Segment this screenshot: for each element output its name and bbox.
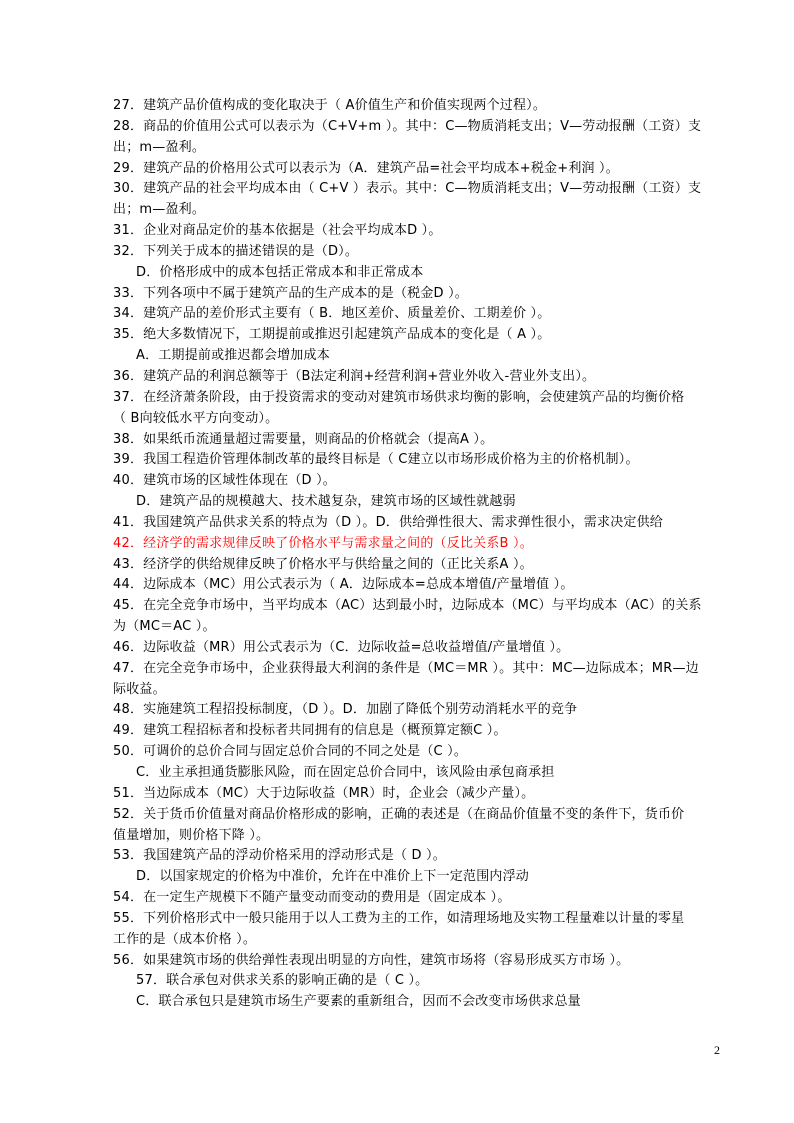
answer-line: C．联合承包只是建筑市场生产要素的重新组合，因而不会改变市场供求总量 xyxy=(113,992,723,1013)
question-line: 44．边际成本（MC）用公式表示为（ A．边际成本=总成本增值/产量增值 ）。 xyxy=(113,575,723,596)
answer-line: D．建筑产品的规模越大、技术越复杂，建筑市场的区域性就越弱 xyxy=(113,492,723,513)
question-line: 48．实施建筑工程招投标制度，（D ）。D．加剧了降低个别劳动消耗水平的竞争 xyxy=(113,700,723,721)
question-line: 39．我国工程造价管理体制改革的最终目标是（ C建立以市场形成价格为主的价格机制… xyxy=(113,450,723,471)
question-line: 55．下列价格形式中一般只能用于以人工费为主的工作，如清理场地及实物工程量难以计… xyxy=(113,909,723,930)
question-line: 49．建筑工程招标者和投标者共同拥有的信息是（概预算定额C ）。 xyxy=(113,721,723,742)
question-line: 56．如果建筑市场的供给弹性表现出明显的方向性，建筑市场将（容易形成买方市场 ）… xyxy=(113,951,723,972)
question-line: 45．在完全竞争市场中，当平均成本（AC）达到最小时，边际成本（MC）与平均成本… xyxy=(113,596,723,617)
question-line: 值量增加，则价格下降 ）。 xyxy=(113,826,723,847)
question-line: 42．经济学的需求规律反映了价格水平与需求量之间的（反比关系B ）。 xyxy=(113,534,723,555)
answer-line: A．工期提前或推迟都会增加成本 xyxy=(113,346,723,367)
question-line: 52．关于货币价值量对商品价格形成的影响，正确的表述是（在商品价值量不变的条件下… xyxy=(113,805,723,826)
question-line: 为（MC＝AC ）。 xyxy=(113,617,723,638)
question-line: 47．在完全竞争市场中，企业获得最大利润的条件是（MC＝MR ）。其中：MC—边… xyxy=(113,659,723,680)
question-line: 27．建筑产品价值构成的变化取决于（ A价值生产和价值实现两个过程）。 xyxy=(113,96,723,117)
question-line: 出；m—盈利。 xyxy=(113,200,723,221)
question-line: 46．边际收益（MR）用公式表示为（C．边际收益=总收益增值/产量增值 ）。 xyxy=(113,638,723,659)
answer-line: D．价格形成中的成本包括正常成本和非正常成本 xyxy=(113,263,723,284)
question-line: 32．下列关于成本的描述错误的是（D）。 xyxy=(113,242,723,263)
question-line: 50．可调价的总价合同与固定总价合同的不同之处是（C ）。 xyxy=(113,742,723,763)
question-line: 37．在经济萧条阶段，由于投资需求的变动对建筑市场供求均衡的影响，会使建筑产品的… xyxy=(113,388,723,409)
question-line: 际收益。 xyxy=(113,680,723,701)
question-line: 38．如果纸币流通量超过需要量，则商品的价格就会（提高A ）。 xyxy=(113,430,723,451)
question-line: 51．当边际成本（MC）大于边际收益（MR）时，企业会（减少产量）。 xyxy=(113,784,723,805)
question-line: 41．我国建筑产品供求关系的特点为（D ）。D．供给弹性很大、需求弹性很小，需求… xyxy=(113,513,723,534)
question-line: 29．建筑产品的价格用公式可以表示为（A．建筑产品=社会平均成本+税金+利润 ）… xyxy=(113,159,723,180)
question-line: 工作的是（成本价格 ）。 xyxy=(113,930,723,951)
answer-line: C．业主承担通货膨胀风险，而在固定总价合同中，该风险由承包商承担 xyxy=(113,763,723,784)
question-line: 28．商品的价值用公式可以表示为（C+V+m ）。其中：C—物质消耗支出；V—劳… xyxy=(113,117,723,138)
question-line: 33．下列各项中不属于建筑产品的生产成本的是（税金D ）。 xyxy=(113,284,723,305)
question-line: 31．企业对商品定价的基本依据是（社会平均成本D ）。 xyxy=(113,221,723,242)
question-line: 34．建筑产品的差价形式主要有（ B．地区差价、质量差价、工期差价 ）。 xyxy=(113,304,723,325)
question-line: 43．经济学的供给规律反映了价格水平与供给量之间的（正比关系A ）。 xyxy=(113,555,723,576)
question-line: 35．绝大多数情况下，工期提前或推迟引起建筑产品成本的变化是（ A ）。 xyxy=(113,325,723,346)
question-line: 54．在一定生产规模下不随产量变动而变动的费用是（固定成本 ）。 xyxy=(113,888,723,909)
question-line: 53．我国建筑产品的浮动价格采用的浮动形式是（ D ）。 xyxy=(113,846,723,867)
question-line: 40．建筑市场的区域性体现在（D ）。 xyxy=(113,471,723,492)
page-number: 2 xyxy=(714,1043,720,1058)
question-line: 出；m—盈利。 xyxy=(113,138,723,159)
answer-line: 57．联合承包对供求关系的影响正确的是（ C ）。 xyxy=(113,971,723,992)
question-line: （ B向较低水平方向变动）。 xyxy=(113,409,723,430)
question-line: 36．建筑产品的利润总额等于（B法定利润+经营利润+营业外收入-营业外支出）。 xyxy=(113,367,723,388)
document-body: 27．建筑产品价值构成的变化取决于（ A价值生产和价值实现两个过程）。28．商品… xyxy=(113,96,723,1013)
answer-line: D．以国家规定的价格为中准价，允许在中准价上下一定范围内浮动 xyxy=(113,867,723,888)
question-line: 30．建筑产品的社会平均成本由（ C+V ）表示。其中：C—物质消耗支出；V—劳… xyxy=(113,179,723,200)
